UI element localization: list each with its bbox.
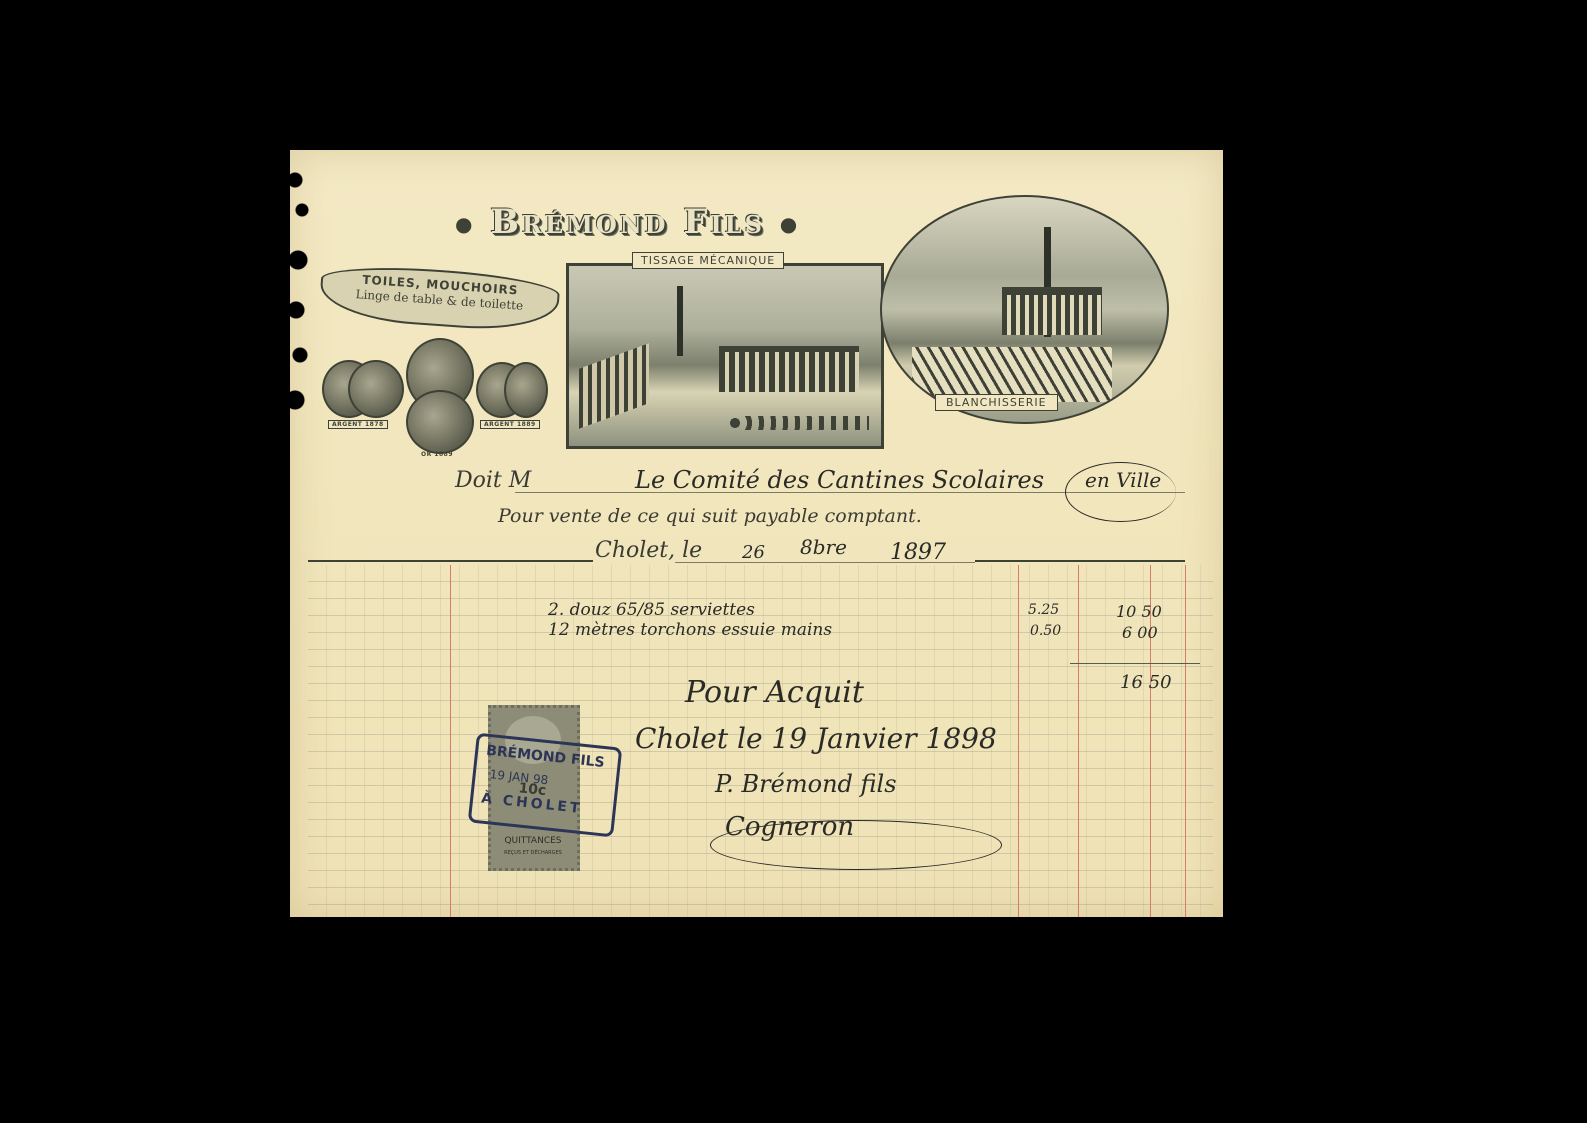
flourish [1065,462,1176,522]
company-title: ● Brémond Fils ● [455,202,800,242]
line-item-description: 2. douz 65/85 serviettes [548,600,755,620]
building-icon [719,346,859,392]
line-item-unit-price: 0.50 [1030,623,1061,639]
date-day: 26 [742,542,765,563]
stamp-sublabel: Reçus et Décharges [495,850,571,856]
column-line-end [1185,565,1186,917]
cancel-line-1: Brémond Fils [485,743,605,771]
header-rule-right [975,560,1185,562]
line-item-total: 10 50 [1116,602,1162,621]
bleachery-label: Blanchisserie [935,394,1058,411]
line-item-unit-price: 5.25 [1028,602,1059,618]
stamp-value: 10c [518,780,547,799]
building-icon [579,343,649,428]
cancellation-stamp: Brémond Fils 19 Jan 98 à Cholet 10c [468,733,623,838]
chimney-icon [677,286,683,356]
margin-line [450,565,451,917]
medal-label: Or 1889 [418,451,456,458]
total-rule [1070,663,1200,664]
medal-icon [406,390,474,454]
weaving-label: Tissage Mécanique [632,252,784,269]
addressee-name: Le Comité des Cantines Scolaires [635,466,1044,494]
medal-icon [348,360,404,418]
receipt-date: Cholet le 19 Janvier 1898 [635,722,997,755]
column-line-price [1018,565,1019,917]
addressee-prefix: Doit M [455,468,531,493]
date-month: 8bre [800,535,847,559]
receipt-signatory: P. Brémond fils [715,770,897,798]
signature-flourish [710,820,1002,870]
line-item-description: 12 mètres torchons essuie mains [548,620,832,640]
column-line-total [1078,565,1079,917]
trees-icon [729,416,869,430]
date-rule [675,562,975,563]
weaving-mill-illustration [566,263,884,449]
stamp-label: Quittances [495,836,571,846]
company-name: Brémond Fils [490,202,765,242]
date-place: Cholet, le [595,538,702,563]
products-banner: Toiles, Mouchoirs Linge de table & de to… [318,262,560,335]
medal-icon [504,362,548,418]
receipt-acquit: Pour Acquit [685,675,864,710]
building-icon [1002,287,1102,335]
payment-terms: Pour vente de ce qui suit payable compta… [498,505,922,527]
medal-label: Argent 1878 [328,420,388,429]
header-rule-left [308,560,593,562]
invoice-paper: ● Brémond Fils ● Toiles, Mouchoirs Linge… [290,150,1223,917]
grand-total: 16 50 [1120,672,1172,693]
torn-edge [290,150,312,440]
line-item-total: 6 00 [1122,623,1158,642]
bleachery-illustration [880,195,1169,424]
medal-label: Argent 1889 [480,420,540,429]
medals-group: Argent 1878 Or 1889 Argent 1889 [320,338,560,468]
